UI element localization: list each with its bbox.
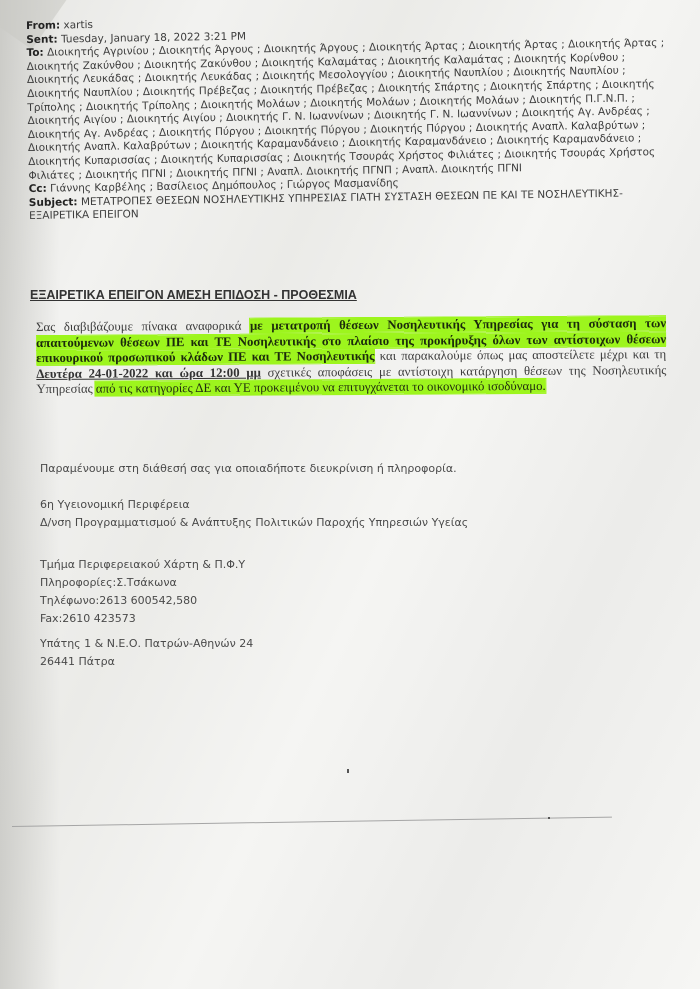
letter-body: Σας διαβιβάζουμε πίνακα αναφορικά με μετ…: [36, 316, 666, 397]
highlighted-text-2: από τις κατηγορίες ΔΕ και ΥΕ προκειμένου…: [96, 379, 546, 396]
signature-address: Υπάτης 1 & Ν.Ε.Ο. Πατρών-Αθηνών 24 26441…: [40, 635, 640, 671]
body-intro: Σας διαβιβάζουμε πίνακα αναφορικά: [36, 319, 250, 334]
sent-value: Tuesday, January 18, 2022 3:21 PM: [61, 30, 246, 45]
page-divider-line: [12, 817, 612, 827]
from-value: xartis: [63, 19, 93, 31]
contact-person: Πληροφορίες:Σ.Τσάκωνα: [40, 574, 640, 592]
print-speck: [548, 817, 550, 819]
print-speck: [347, 769, 349, 773]
fax-number: Fax:2610 423573: [40, 610, 640, 628]
signature-organization: 6η Υγειονομική Περιφέρεια Δ/νση Προγραμμ…: [40, 496, 640, 532]
phone-number: Τηλέφωνο:2613 600542,580: [40, 592, 640, 610]
signature-contact: Τμήμα Περιφερειακού Χάρτη & Π.Φ.Υ Πληροφ…: [40, 556, 640, 628]
deadline-date: Δευτέρα 24-01-2022 και ώρα 12:00 μμ: [36, 365, 261, 380]
body-middle-1: και παρακαλούμε όπως μας αποστείλετε μέχ…: [375, 347, 667, 363]
email-header: From: xartis Sent: Tuesday, January 18, …: [26, 10, 669, 224]
urgent-title: ΕΞΑΙΡΕΤΙΚΑ ΕΠΕΙΓΟΝ ΑΜΕΣΗ ΕΠΙΔΟΣΗ - ΠΡΟΘΕ…: [30, 288, 357, 302]
closing-line: Παραμένουμε στη διάθεσή σας για οποιαδήπ…: [40, 462, 457, 475]
